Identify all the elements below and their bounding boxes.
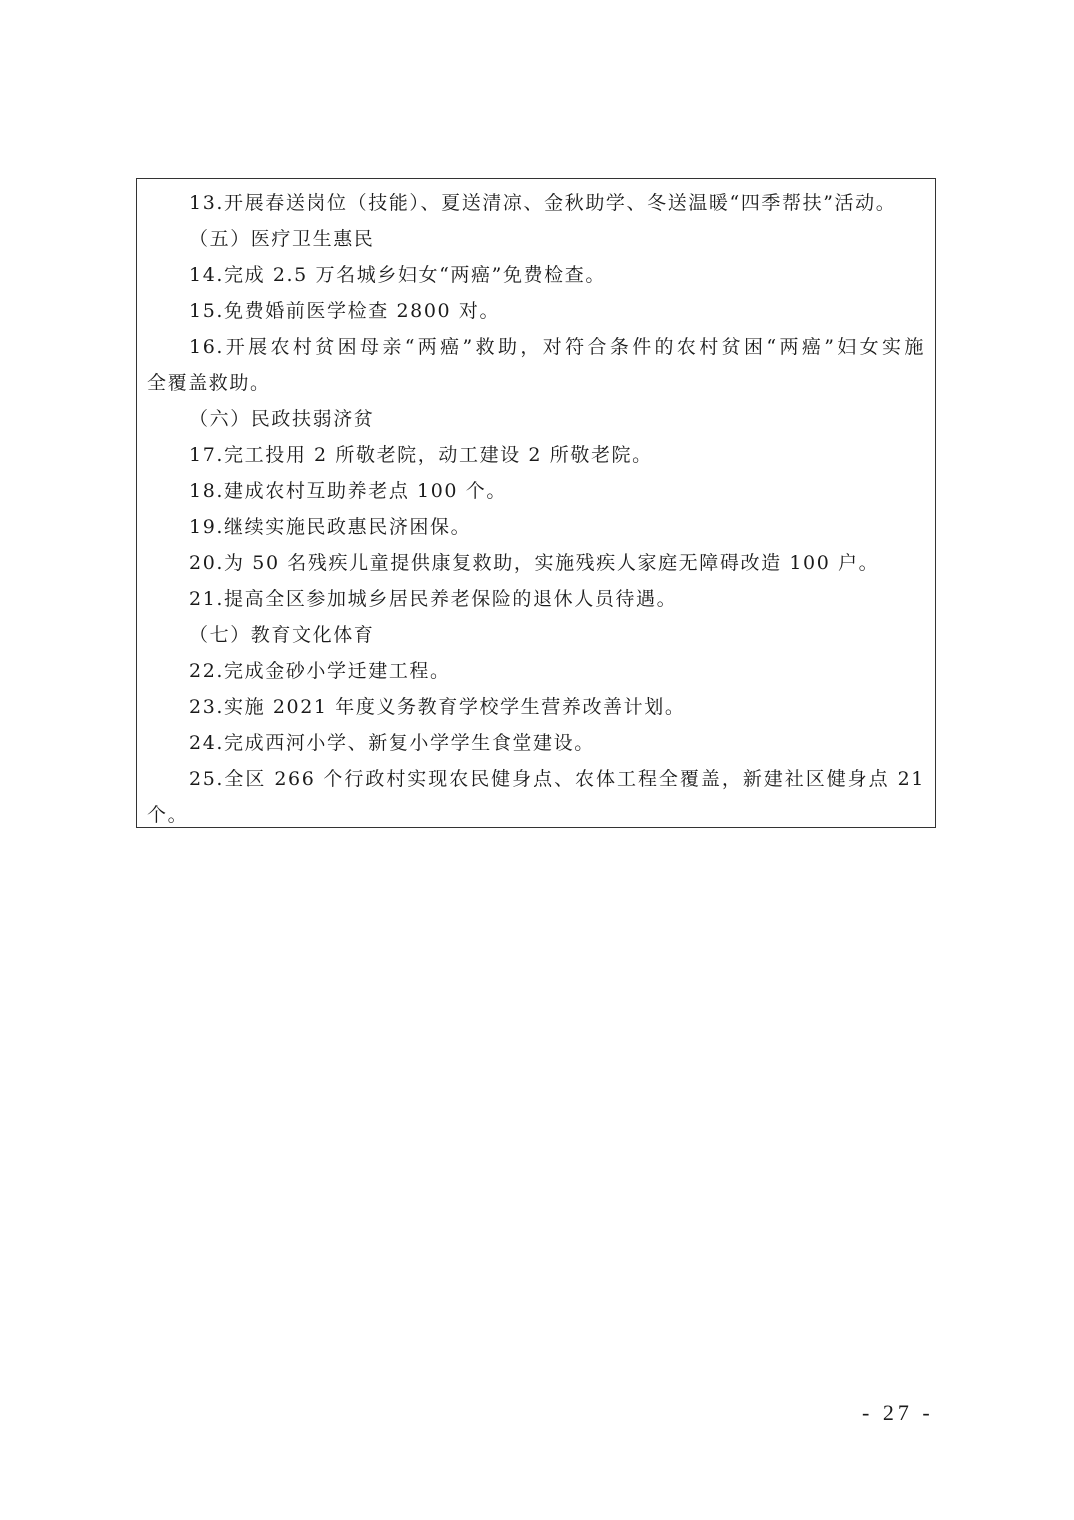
document-page: 13.开展春送岗位（技能）、夏送清凉、金秋助学、冬送温暖“四季帮扶”活动。 （五… [0,0,1074,1520]
list-item-25: 25.全区 266 个行政村实现农民健身点、农体工程全覆盖，新建社区健身点 21 [147,761,925,797]
list-item-22: 22.完成金砂小学迁建工程。 [147,653,925,689]
page-number: - 27 - [862,1400,934,1426]
list-item-19: 19.继续实施民政惠民济困保。 [147,509,925,545]
list-item-15: 15.免费婚前医学检查 2800 对。 [147,293,925,329]
list-item-24: 24.完成西河小学、新复小学学生食堂建设。 [147,725,925,761]
list-item-25-continuation: 个。 [147,797,925,833]
list-item-20: 20.为 50 名残疾儿童提供康复救助，实施残疾人家庭无障碍改造 100 户。 [147,545,925,581]
content-table-cell: 13.开展春送岗位（技能）、夏送清凉、金秋助学、冬送温暖“四季帮扶”活动。 （五… [136,178,936,828]
list-item-16-continuation: 全覆盖救助。 [147,365,925,401]
list-item-17: 17.完工投用 2 所敬老院，动工建设 2 所敬老院。 [147,437,925,473]
list-item-23: 23.实施 2021 年度义务教育学校学生营养改善计划。 [147,689,925,725]
section-heading-7: （七）教育文化体育 [147,617,925,653]
list-item-16: 16.开展农村贫困母亲“两癌”救助，对符合条件的农村贫困“两癌”妇女实施 [147,329,925,365]
list-item-14: 14.完成 2.5 万名城乡妇女“两癌”免费检查。 [147,257,925,293]
section-heading-5: （五）医疗卫生惠民 [147,221,925,257]
list-item-21: 21.提高全区参加城乡居民养老保险的退休人员待遇。 [147,581,925,617]
list-item-13: 13.开展春送岗位（技能）、夏送清凉、金秋助学、冬送温暖“四季帮扶”活动。 [147,185,925,221]
list-item-18: 18.建成农村互助养老点 100 个。 [147,473,925,509]
section-heading-6: （六）民政扶弱济贫 [147,401,925,437]
